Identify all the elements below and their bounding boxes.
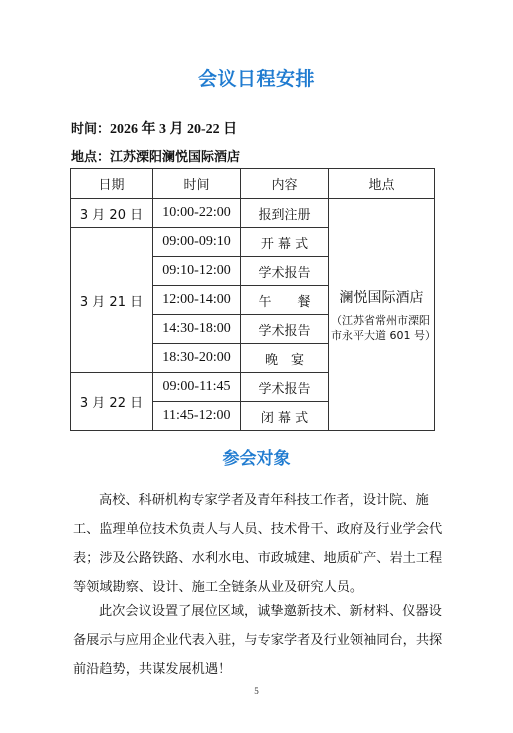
time-cell: 09:00-11:45	[153, 373, 241, 402]
attendees-heading: 参会对象	[0, 444, 513, 469]
time-cell: 09:00-09:10	[153, 228, 241, 257]
content-cell: 晚 宴	[241, 344, 329, 373]
page-title: 会议日程安排	[0, 64, 513, 91]
time-label: 时间：	[71, 122, 110, 137]
header-time: 时间	[153, 169, 241, 199]
content-cell: 学术报告	[241, 373, 329, 402]
content-cell: 开 幕 式	[241, 228, 329, 257]
header-content: 内容	[241, 169, 329, 199]
schedule-table: 日期 时间 内容 地点 3 月 20 日 10:00-22:00 报到注册 澜悦…	[70, 168, 435, 431]
exhibition-paragraph: 此次会议设置了展位区域，诚挚邀新技术、新材料、仪器设备展示与应用企业代表入驻，与…	[73, 597, 443, 684]
venue-address: （江苏省常州市溧阳市永平大道 601 号）	[329, 313, 434, 343]
header-date: 日期	[71, 169, 153, 199]
location-info: 地点：江苏溧阳澜悦国际酒店	[71, 146, 240, 165]
date-cell: 3 月 22 日	[71, 373, 153, 431]
venue-cell: 澜悦国际酒店 （江苏省常州市溧阳市永平大道 601 号）	[329, 199, 435, 431]
content-cell: 学术报告	[241, 315, 329, 344]
header-location: 地点	[329, 169, 435, 199]
time-info: 时间：2026 年 3 月 20-22 日	[71, 118, 237, 138]
attendees-paragraph: 高校、科研机构专家学者及青年科技工作者，设计院、施工、监理单位技术负责人与人员、…	[73, 486, 443, 602]
location-value: 江苏溧阳澜悦国际酒店	[110, 150, 240, 165]
content-cell: 学术报告	[241, 257, 329, 286]
venue-name: 澜悦国际酒店	[329, 287, 434, 307]
table-row: 3 月 20 日 10:00-22:00 报到注册 澜悦国际酒店 （江苏省常州市…	[71, 199, 435, 228]
time-cell: 09:10-12:00	[153, 257, 241, 286]
content-cell: 报到注册	[241, 199, 329, 228]
content-cell: 午 餐	[241, 286, 329, 315]
table-header-row: 日期 时间 内容 地点	[71, 169, 435, 199]
content-cell: 闭 幕 式	[241, 402, 329, 431]
time-cell: 10:00-22:00	[153, 199, 241, 228]
time-cell: 11:45-12:00	[153, 402, 241, 431]
time-cell: 18:30-20:00	[153, 344, 241, 373]
time-cell: 14:30-18:00	[153, 315, 241, 344]
date-cell: 3 月 20 日	[71, 199, 153, 228]
page-number: 5	[0, 686, 513, 696]
location-label: 地点：	[71, 150, 110, 165]
date-cell: 3 月 21 日	[71, 228, 153, 373]
time-cell: 12:00-14:00	[153, 286, 241, 315]
time-value: 2026 年 3 月 20-22 日	[110, 122, 237, 137]
